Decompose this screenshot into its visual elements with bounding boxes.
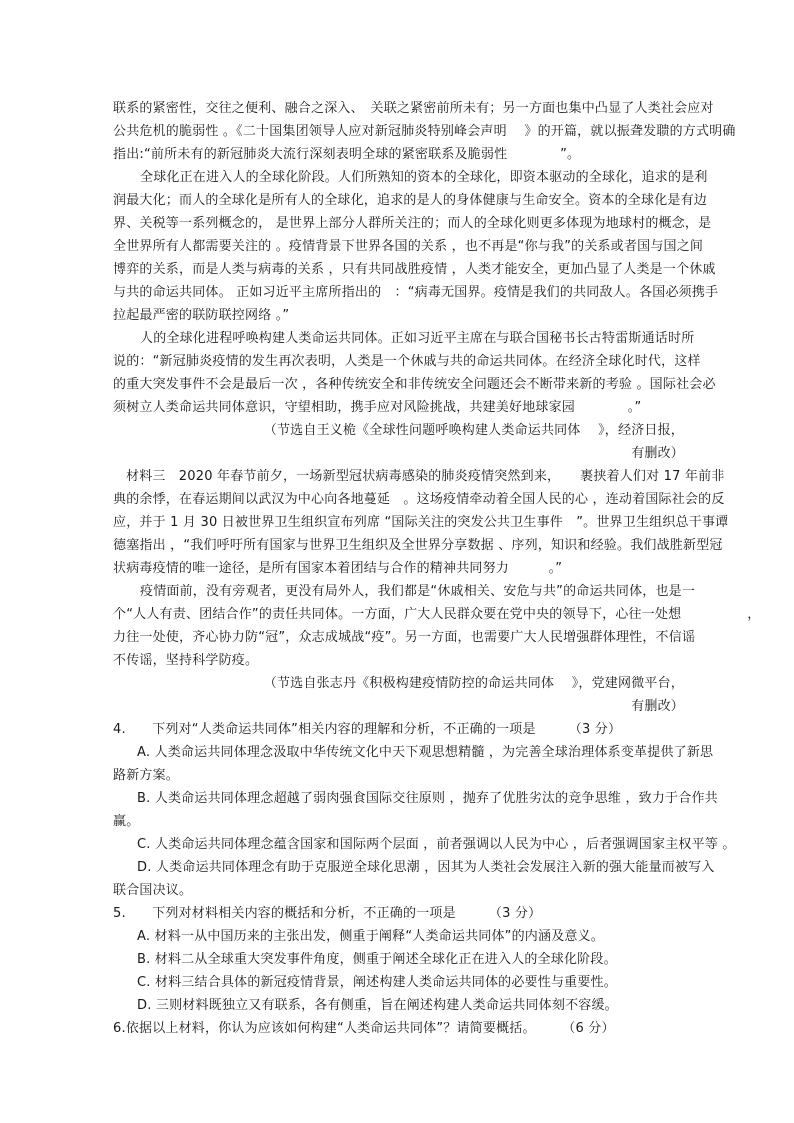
text-line: 博弈的关系，而是人类与病毒的关系 ，只有共同战胜疫情 ，人类才能安全，更加凸显了…	[113, 261, 685, 278]
text-line: 与共的命运共同体。 正如习近平主席所指出的 ：“病毒无国界。疫情是我们的共同敌人…	[113, 284, 685, 301]
question-5-option-c: C. 材料三结合具体的新冠疫情背景，阐述构建人类命运共同体的必要性与重要性。	[137, 974, 709, 991]
question-5-stem: 5. 下列对材料相关内容的概括和分析，不正确的一项是 （3 分）	[113, 905, 685, 922]
question-6-stem: 6.依据以上材料，你认为应该如何构建“人类命运共同体”？请简要概括。 （6 分）	[113, 1020, 685, 1037]
text-line: 润最大化；而人的全球化是所有人的全球化，追求的是人的身体健康与生命安全。资本的全…	[113, 192, 685, 209]
text-line: 须树立人类命运共同体意识，守望相助，携手应对风险挑战，共建美好地球家园 。”	[113, 399, 685, 416]
question-4-option-c: C. 人类命运共同体理念蕴含国家和国际两个层面 ，前者强调以人民为中心 ，后者强…	[137, 836, 685, 853]
text-line: 全世界所有人都需要关注的 。疫情背景下世界各国的关系 ，也不再是“你与我”的关系…	[113, 238, 685, 255]
text-line: 状病毒疫情的唯一途径，是所有国家本着团结与合作的精神共同努力 。”	[113, 560, 685, 577]
text-line: 典的余悸，在春运期间以武汉为中心向各地蔓延 。这场疫情牵动着全国人民的心 ，连动…	[113, 491, 685, 508]
citation: 有删改）	[631, 445, 684, 462]
material-three-heading-line: 材料三 2020 年春节前夕，一场新型冠状病毒感染的肺炎疫情突然到来， 裹挟着人…	[126, 468, 685, 485]
text-line: 个“人人有责、团结合作”的责任共同体。一方面，广大人民群众要在党中央的领导下，心…	[113, 606, 685, 623]
question-4-option-b: B. 人类命运共同体理念超越了弱肉强食国际交往原则 ，抛弃了优胜劣汰的竞争思维 …	[137, 790, 685, 807]
citation: （节选自王义桅《全球性问题呼唤构建人类命运共同体 》，经济日报，	[264, 422, 684, 439]
text-line: 说的：“新冠肺炎疫情的发生再次表明，人类是一个休戚与共的命运共同体。在经济全球化…	[113, 353, 685, 370]
text-line: 德塞指出 ，“我们呼吁所有国家与世界卫生组织及全世界分享数据 、序列，知识和经验…	[113, 537, 685, 554]
text-line: 联系的紧密性，交往之便利、融合之深入、 关联之紧密前所未有；另一方面也集中凸显了…	[113, 100, 685, 117]
question-4-option-a: A. 人类命运共同体理念汲取中华传统文化中天下观思想精髓 ，为完善全球治理体系变…	[137, 744, 685, 761]
text-line: 全球化正在进入人的全球化阶段。人们所熟知的资本的全球化，即资本驱动的全球化，追求…	[140, 169, 712, 186]
text-line: 指出:“前所未有的新冠肺炎大流行深刻表明全球的紧密联系及脆弱性 ”。	[113, 146, 685, 163]
question-4-stem: 4. 下列对“人类命运共同体”相关内容的理解和分析，不正确的一项是 （3 分）	[113, 721, 685, 738]
citation: 有删改）	[631, 698, 684, 715]
text-line: 不传谣，坚持科学防疫。	[113, 652, 685, 669]
question-5-option-a: A. 材料一从中国历来的主张出发，侧重于阐释“人类命运共同体”的内涵及意义。	[137, 928, 709, 945]
question-5-option-d: D. 三则材料既独立又有联系，各有侧重，旨在阐述构建人类命运共同体刻不容缓。	[137, 997, 709, 1014]
text-line: 人的全球化进程呼唤构建人类命运共同体。正如习近平主席在与联合国秘书长古特雷斯通话…	[140, 330, 712, 347]
question-4-option-b-cont: 赢。	[113, 813, 685, 830]
text-line: 疫情面前，没有旁观者，更没有局外人，我们都是“休戚相关、安危与共”的命运共同体，…	[140, 583, 712, 600]
citation: （节选自张志丹《积极构建疫情防控的命运共同体 》，党建网微平台，	[264, 675, 684, 692]
text-line: 力往一处使，齐心协力防“冠”，众志成城战“疫”。另一方面，也需要广大人民增强群体…	[113, 629, 685, 646]
exam-page: 联系的紧密性，交往之便利、融合之深入、 关联之紧密前所未有；另一方面也集中凸显了…	[0, 0, 794, 1123]
text-line: 界、关税等一系列概念的， 是世界上部分人群所关注的；而人的全球化则更多体现为地球…	[113, 215, 685, 232]
question-5-option-b: B. 材料二从全球重大突发事件角度，侧重于阐述全球化正在进入人的全球化阶段。	[137, 951, 709, 968]
text-line: 应，并于 1 月 30 日被世界卫生组织宣布列席 “国际关注的突发公共卫生事件 …	[113, 514, 685, 531]
text-line: 的重大突发事件不会是最后一次 ，各种传统安全和非传统安全问题还会不断带来新的考验…	[113, 376, 685, 393]
question-4-option-a-cont: 路新方案。	[113, 767, 685, 784]
question-4-option-d-cont: 联合国决议。	[113, 882, 685, 899]
text-line: 公共危机的脆弱性 。《二十国集团领导人应对新冠肺炎特别峰会声明 》的开篇，就以振…	[113, 123, 685, 140]
text-line: 拉起最严密的联防联控网络 。”	[113, 307, 685, 324]
question-4-option-d: D. 人类命运共同体理念有助于克服逆全球化思潮 ，因其为人类社会发展注入新的强大…	[137, 859, 685, 876]
